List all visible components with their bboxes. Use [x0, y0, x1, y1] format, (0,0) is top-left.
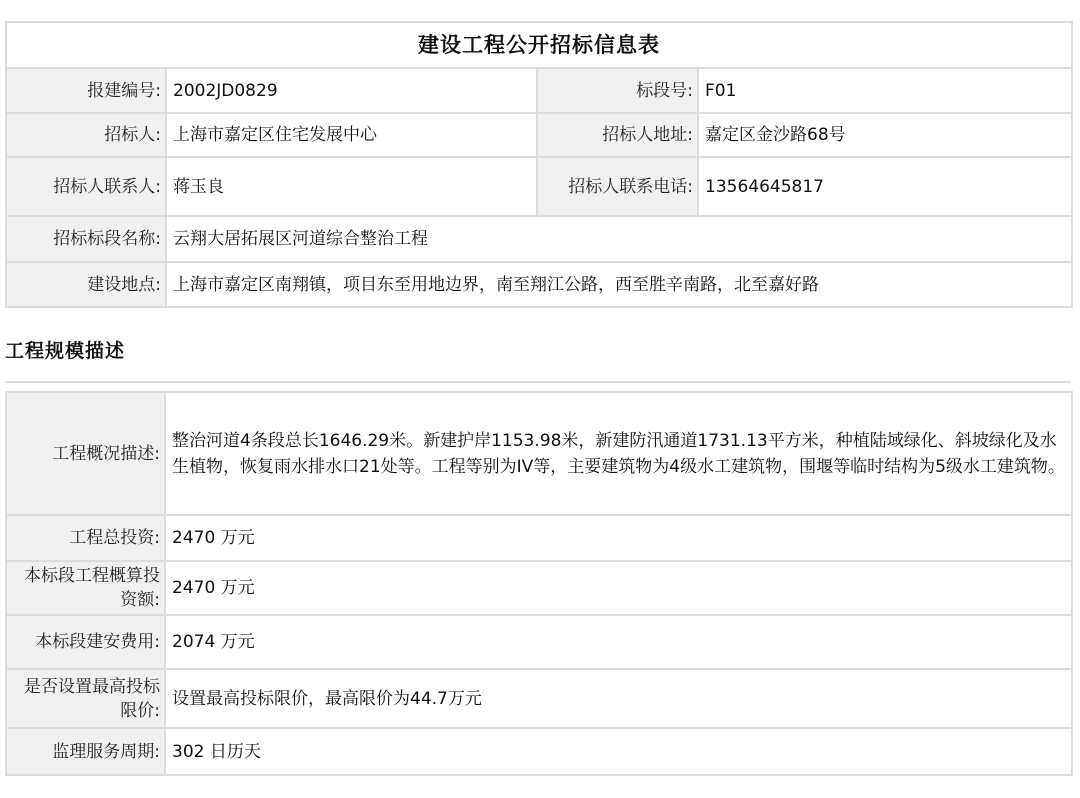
section-estimate-label: 本标段工程概算投资额: — [6, 561, 165, 615]
construction-cost-value: 2074 万元 — [165, 615, 1072, 669]
construction-site-value: 上海市嘉定区南翔镇，项目东至用地边界，南至翔江公路，西至胜辛南路，北至嘉好路 — [166, 262, 1072, 307]
project-overview-label: 工程概况描述: — [6, 392, 165, 515]
table-row: 招标人联系人: 蒋玉良 招标人联系电话: 13564645817 — [6, 157, 1072, 216]
service-period-value: 302 日历天 — [165, 728, 1072, 775]
tenderer-address-value: 嘉定区金沙路68号 — [698, 113, 1072, 157]
contact-person-value: 蒋玉良 — [166, 157, 537, 216]
table-row: 报建编号: 2002JD0829 标段号: F01 — [6, 68, 1072, 113]
contact-person-label: 招标人联系人: — [6, 157, 166, 216]
table-row: 工程总投资: 2470 万元 — [6, 515, 1072, 561]
registration-number-value: 2002JD0829 — [166, 68, 537, 113]
table-row: 招标人: 上海市嘉定区住宅发展中心 招标人地址: 嘉定区金沙路68号 — [6, 113, 1072, 157]
contact-phone-value: 13564645817 — [698, 157, 1072, 216]
section-estimate-value: 2470 万元 — [165, 561, 1072, 615]
construction-site-label: 建设地点: — [6, 262, 166, 307]
total-investment-label: 工程总投资: — [6, 515, 165, 561]
section-divider — [5, 381, 1071, 383]
contact-phone-label: 招标人联系电话: — [537, 157, 698, 216]
section-number-label: 标段号: — [537, 68, 698, 113]
tenderer-label: 招标人: — [6, 113, 166, 157]
section-number-value: F01 — [698, 68, 1072, 113]
registration-number-label: 报建编号: — [6, 68, 166, 113]
service-period-label: 监理服务周期: — [6, 728, 165, 775]
max-bid-limit-value: 设置最高投标限价，最高限价为44.7万元 — [165, 669, 1072, 728]
max-bid-limit-label: 是否设置最高投标限价: — [6, 669, 165, 728]
tenderer-address-label: 招标人地址: — [537, 113, 698, 157]
table-row: 监理服务周期: 302 日历天 — [6, 728, 1072, 775]
table-row: 是否设置最高投标限价: 设置最高投标限价，最高限价为44.7万元 — [6, 669, 1072, 728]
tender-info-table: 建设工程公开招标信息表 报建编号: 2002JD0829 标段号: F01 招标… — [5, 21, 1073, 308]
total-investment-value: 2470 万元 — [165, 515, 1072, 561]
project-overview-value: 整治河道4条段总长1646.29米。新建护岸1153.98米，新建防汛通道173… — [165, 392, 1072, 515]
table-row: 本标段工程概算投资额: 2470 万元 — [6, 561, 1072, 615]
table-title: 建设工程公开招标信息表 — [6, 22, 1072, 68]
table-row: 招标标段名称: 云翔大居拓展区河道综合整治工程 — [6, 216, 1072, 262]
section-name-value: 云翔大居拓展区河道综合整治工程 — [166, 216, 1072, 262]
project-scale-table: 工程概况描述: 整治河道4条段总长1646.29米。新建护岸1153.98米，新… — [5, 391, 1073, 776]
construction-cost-label: 本标段建安费用: — [6, 615, 165, 669]
section-heading: 工程规模描述 — [5, 336, 125, 363]
section-name-label: 招标标段名称: — [6, 216, 166, 262]
table-row: 建设地点: 上海市嘉定区南翔镇，项目东至用地边界，南至翔江公路，西至胜辛南路，北… — [6, 262, 1072, 307]
table-title-row: 建设工程公开招标信息表 — [6, 22, 1072, 68]
table-row: 工程概况描述: 整治河道4条段总长1646.29米。新建护岸1153.98米，新… — [6, 392, 1072, 515]
table-row: 本标段建安费用: 2074 万元 — [6, 615, 1072, 669]
tenderer-value: 上海市嘉定区住宅发展中心 — [166, 113, 537, 157]
